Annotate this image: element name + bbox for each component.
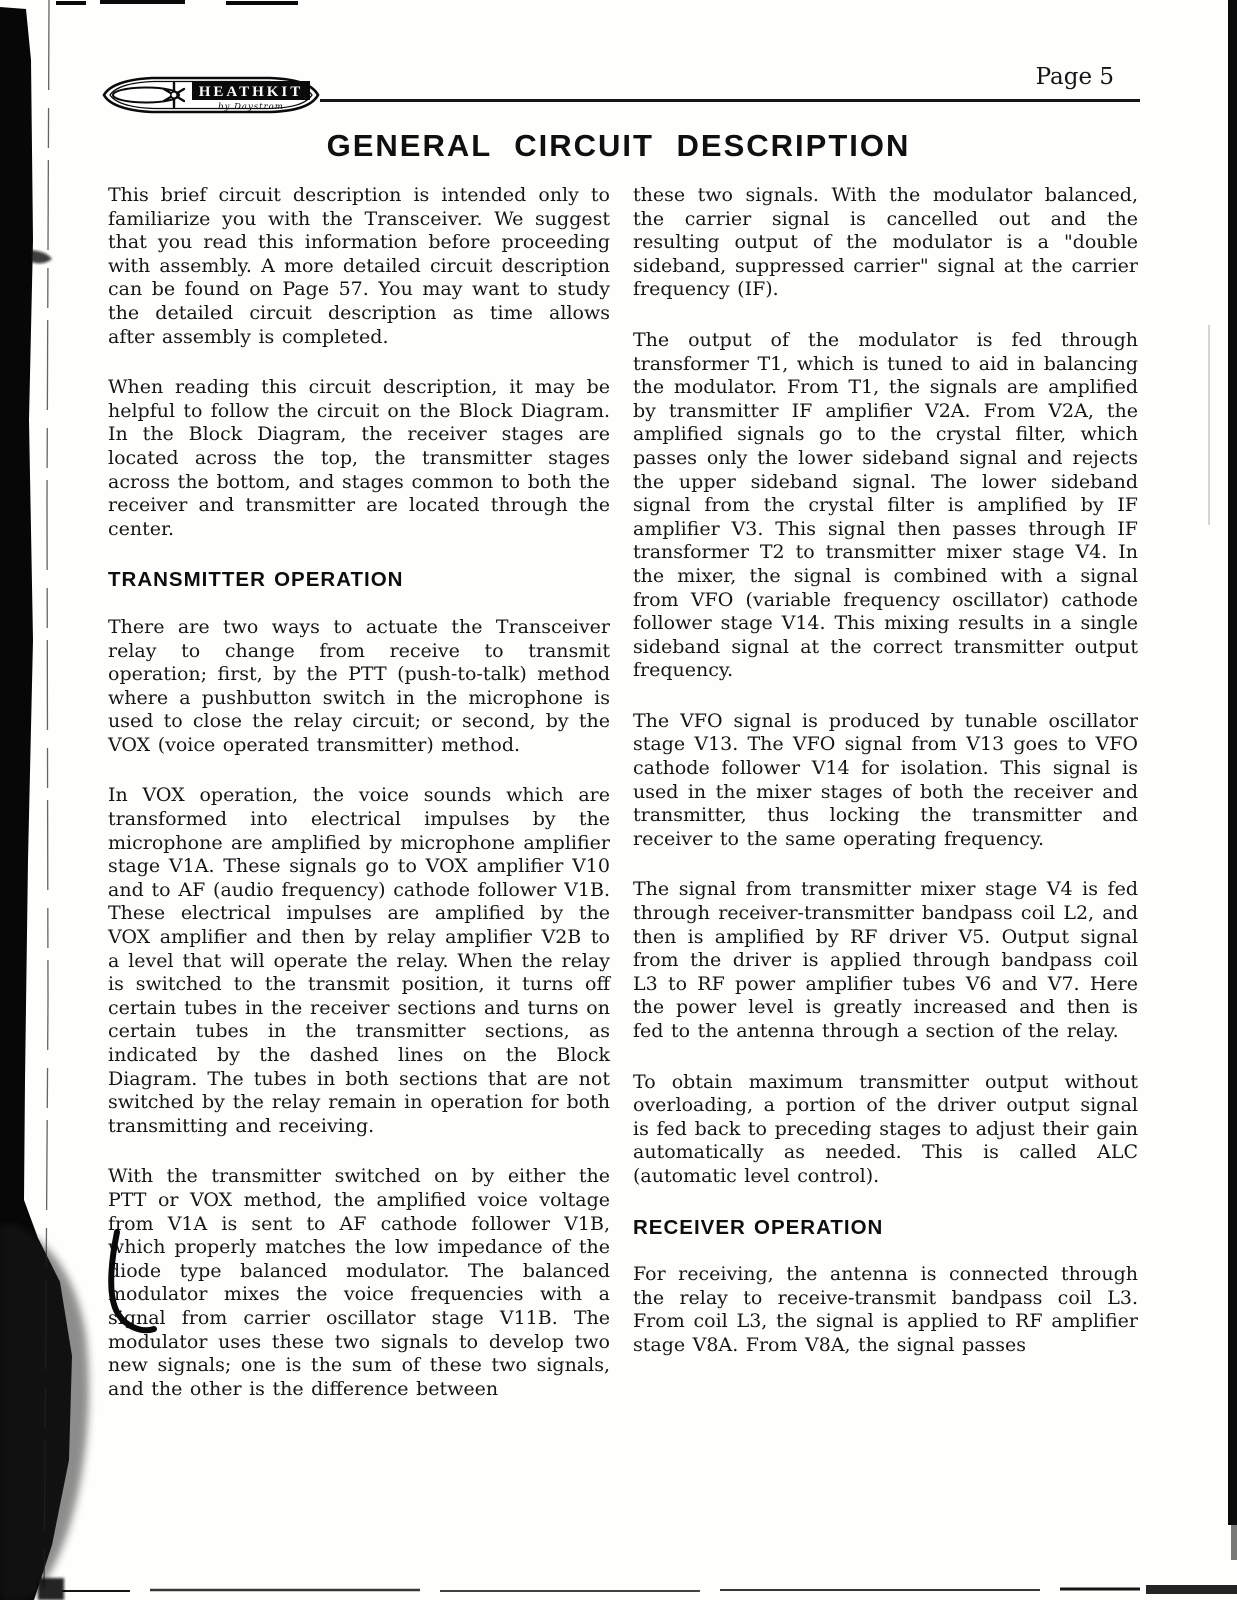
heathkit-logo: HEATHKIT by Daystrom [100,72,322,118]
left-column: This brief circuit description is intend… [108,184,610,1428]
paragraph-mixer-to-antenna: The signal from transmitter mixer stage … [633,878,1138,1043]
manual-page: HEATHKIT by Daystrom Page 5 GENERAL CIRC… [0,0,1237,1600]
paragraph-vfo-signal: The VFO signal is produced by tunable os… [633,710,1138,852]
logo-brand-text: HEATHKIT [199,84,304,100]
paragraph-intro: This brief circuit description is intend… [108,184,610,349]
paragraph-receiving: For receiving, the antenna is connected … [633,1263,1138,1357]
right-scan-border [1228,0,1237,1525]
paragraph-balanced-modulator: With the transmitter switched on by eith… [108,1165,610,1401]
page-title: GENERAL CIRCUIT DESCRIPTION [0,128,1237,164]
bottom-edge-dashes [62,1589,1140,1591]
paragraph-alc: To obtain maximum transmitter output wit… [633,1071,1138,1189]
left-scan-border [0,7,72,1600]
section-heading-receiver-operation: RECEIVER OPERATION [633,1216,1138,1240]
top-edge-dashes [56,2,298,3]
logo-byline-text: by Daystrom [218,102,284,112]
paragraph-block-diagram: When reading this circuit description, i… [108,376,610,541]
right-column: these two signals. With the modulator ba… [633,184,1138,1385]
paragraph-relay-methods: There are two ways to actuate the Transc… [108,616,610,758]
paragraph-vox-operation: In VOX operation, the voice sounds which… [108,784,610,1138]
paragraph-carrier-cancelled: these two signals. With the modulator ba… [633,184,1138,302]
page-number: Page 5 [990,64,1114,90]
left-crease-line [44,0,49,1600]
paragraph-modulator-output: The output of the modulator is fed throu… [633,329,1138,683]
header-rule [320,99,1140,102]
section-heading-transmitter-operation: TRANSMITTER OPERATION [108,568,610,592]
